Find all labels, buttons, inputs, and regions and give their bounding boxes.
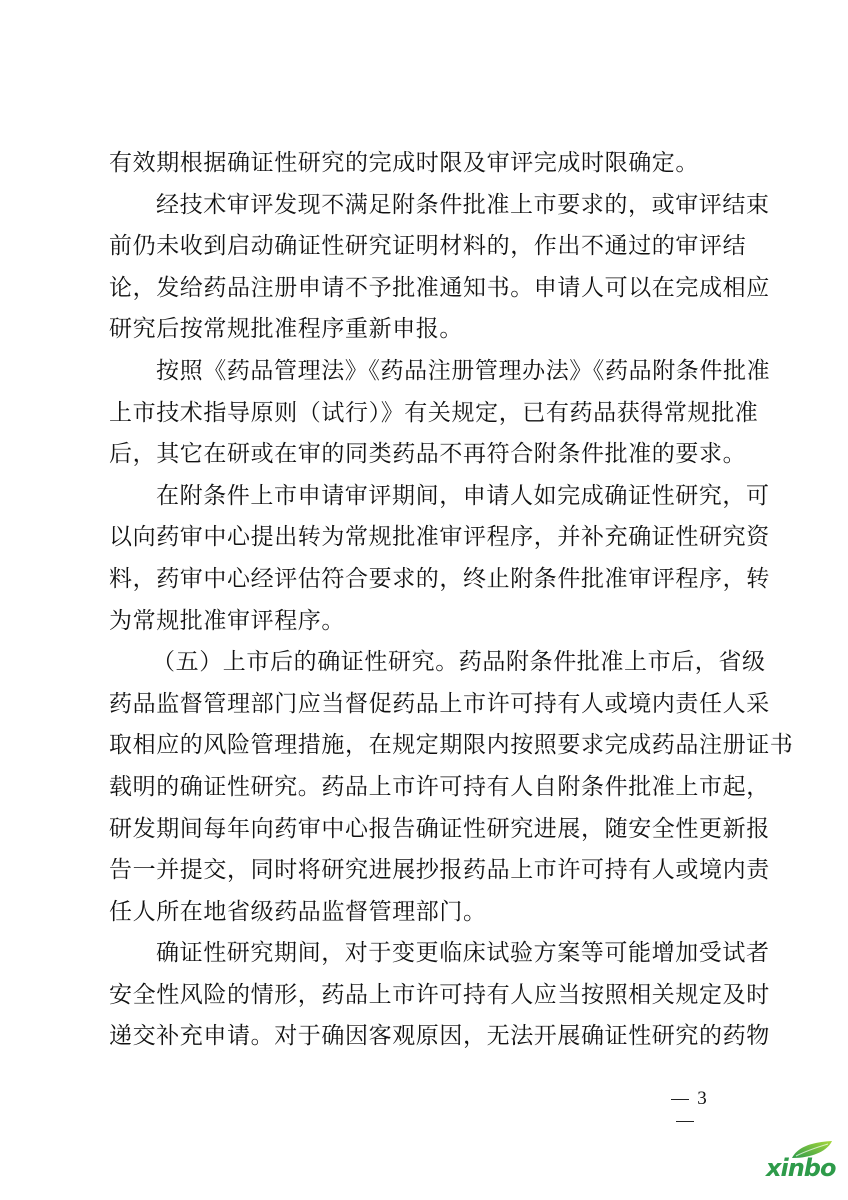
- dash-right: [676, 1121, 694, 1122]
- text-line: 任人所在地省级药品监督管理部门。: [109, 892, 739, 934]
- text-line: 载明的确证性研究。药品上市许可持有人自附条件批准上市起，: [109, 767, 739, 809]
- text-line: 论，发给药品注册申请不予批准通知书。申请人可以在完成相应: [109, 268, 739, 310]
- xinbo-logo: xinbo: [764, 1138, 848, 1184]
- text-line: 前仍未收到启动确证性研究证明材料的，作出不通过的审评结: [109, 226, 739, 268]
- document-body: 有效期根据确证性研究的完成时限及审评完成时限确定。 经技术审评发现不满足附条件批…: [109, 143, 739, 1058]
- text-line: 上市技术指导原则（试行）》有关规定，已有药品获得常规批准: [109, 393, 739, 435]
- page-number: 3: [648, 1088, 722, 1132]
- text-line: 料，药审中心经评估符合要求的，终止附条件批准审评程序，转: [109, 559, 739, 601]
- section-heading-line: （五）上市后的确证性研究。药品附条件批准上市后，省级: [109, 642, 739, 684]
- logo-text: xinbo: [766, 1154, 835, 1182]
- text-line: 后，其它在研或在审的同类药品不再符合附条件批准的要求。: [109, 434, 739, 476]
- text-line: 确证性研究期间，对于变更临床试验方案等可能增加受试者: [109, 933, 739, 975]
- text-line: 安全性风险的情形，药品上市许可持有人应当按照相关规定及时: [109, 975, 739, 1017]
- text-line: 以向药审中心提出转为常规批准审评程序，并补充确证性研究资: [109, 517, 739, 559]
- text-line: 在附条件上市申请审评期间，申请人如完成确证性研究，可: [109, 476, 739, 518]
- dash-left: [671, 1099, 689, 1100]
- text-line: 告一并提交，同时将研究进展抄报药品上市许可持有人或境内责: [109, 850, 739, 892]
- text-line: 递交补充申请。对于确因客观原因，无法开展确证性研究的药物: [109, 1016, 739, 1058]
- text-line: 按照《药品管理法》《药品注册管理办法》《药品附条件批准: [109, 351, 739, 393]
- text-line: 研发期间每年向药审中心报告确证性研究进展，随安全性更新报: [109, 809, 739, 851]
- text-line: 有效期根据确证性研究的完成时限及审评完成时限确定。: [109, 143, 739, 185]
- text-line: 为常规批准审评程序。: [109, 601, 739, 643]
- text-line: 药品监督管理部门应当督促药品上市许可持有人或境内责任人采: [109, 684, 739, 726]
- text-line: 经技术审评发现不满足附条件批准上市要求的，或审评结束: [109, 185, 739, 227]
- text-line: 研究后按常规批准程序重新申报。: [109, 309, 739, 351]
- text-line: 取相应的风险管理措施，在规定期限内按照要求完成药品注册证书: [109, 725, 739, 767]
- page-number-value: 3: [697, 1088, 707, 1109]
